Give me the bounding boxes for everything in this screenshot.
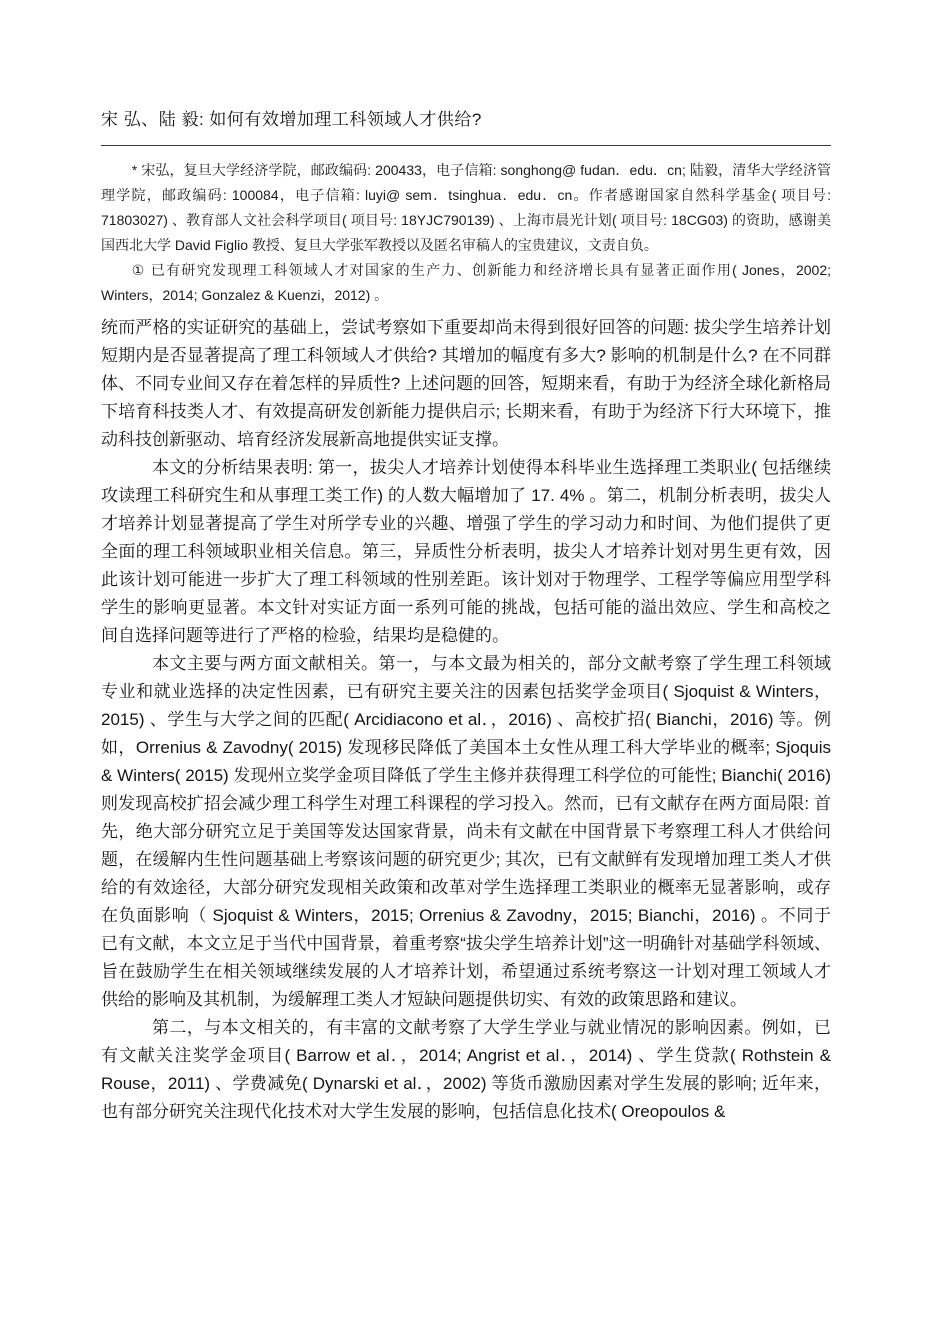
article-body: 统而严格的实证研究的基础上，尝试考察如下重要却尚未得到很好回答的问题: 拔尖学生… — [101, 314, 831, 1126]
body-paragraph: 本文的分析结果表明: 第一，拔尖人才培养计划使得本科毕业生选择理工类职业( 包括… — [101, 454, 831, 650]
footnote-block: * 宋弘，复旦大学经济学院，邮政编码: 200433，电子信箱: songhon… — [101, 158, 831, 308]
header-divider — [101, 145, 831, 146]
footnote-author-note: * 宋弘，复旦大学经济学院，邮政编码: 200433，电子信箱: songhon… — [101, 158, 831, 258]
body-paragraph: 第二，与本文相关的，有丰富的文献考察了大学生学业与就业情况的影响因素。例如，已有… — [101, 1014, 831, 1126]
document-page: 宋 弘、陆 毅: 如何有效增加理工科领域人才供给? * 宋弘，复旦大学经济学院，… — [0, 0, 950, 1344]
body-paragraph: 统而严格的实证研究的基础上，尝试考察如下重要却尚未得到很好回答的问题: 拔尖学生… — [101, 314, 831, 454]
running-header: 宋 弘、陆 毅: 如何有效增加理工科领域人才供给? — [101, 0, 831, 132]
body-paragraph: 本文主要与两方面文献相关。第一，与本文最为相关的，部分文献考察了学生理工科领域专… — [101, 650, 831, 1014]
footnote-1: ① 已有研究发现理工科领域人才对国家的生产力、创新能力和经济增长具有显著正面作用… — [101, 258, 831, 308]
